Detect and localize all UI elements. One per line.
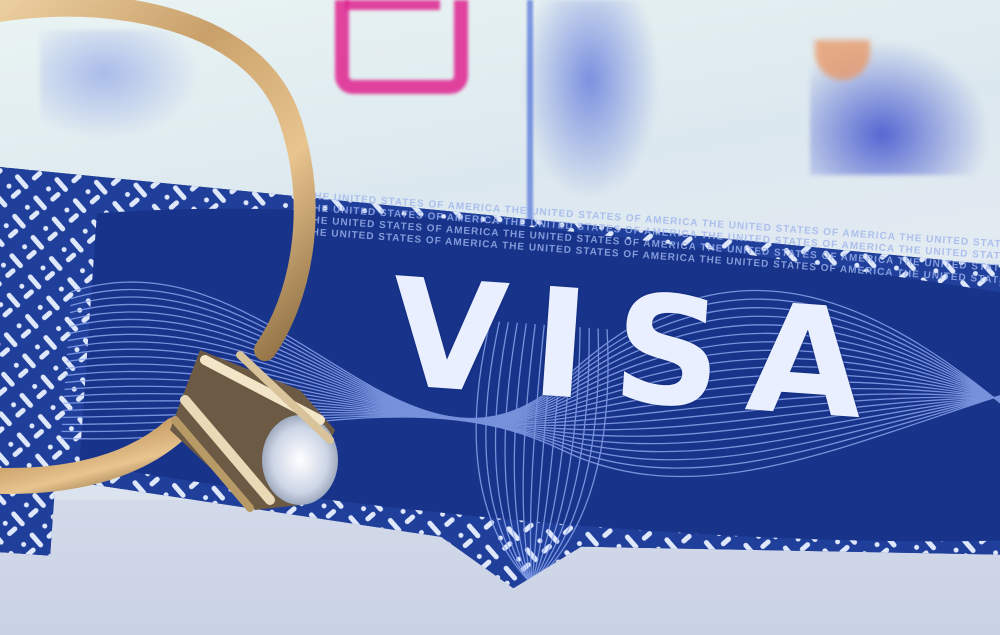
visa-letter: A [742, 283, 874, 441]
visa-letter: I [527, 268, 599, 422]
visa-title: V I S A [385, 258, 874, 441]
visa-letter: V [385, 258, 517, 416]
blue-stamp-center [520, 0, 660, 200]
blue-stamp-left [40, 30, 200, 140]
visa-letter: S [609, 274, 733, 432]
blue-stamp-line [527, 0, 533, 230]
photo-scene: THE UNITED STATES OF AMERICA THE UNITED … [0, 0, 1000, 635]
pink-stamp [335, 0, 468, 94]
